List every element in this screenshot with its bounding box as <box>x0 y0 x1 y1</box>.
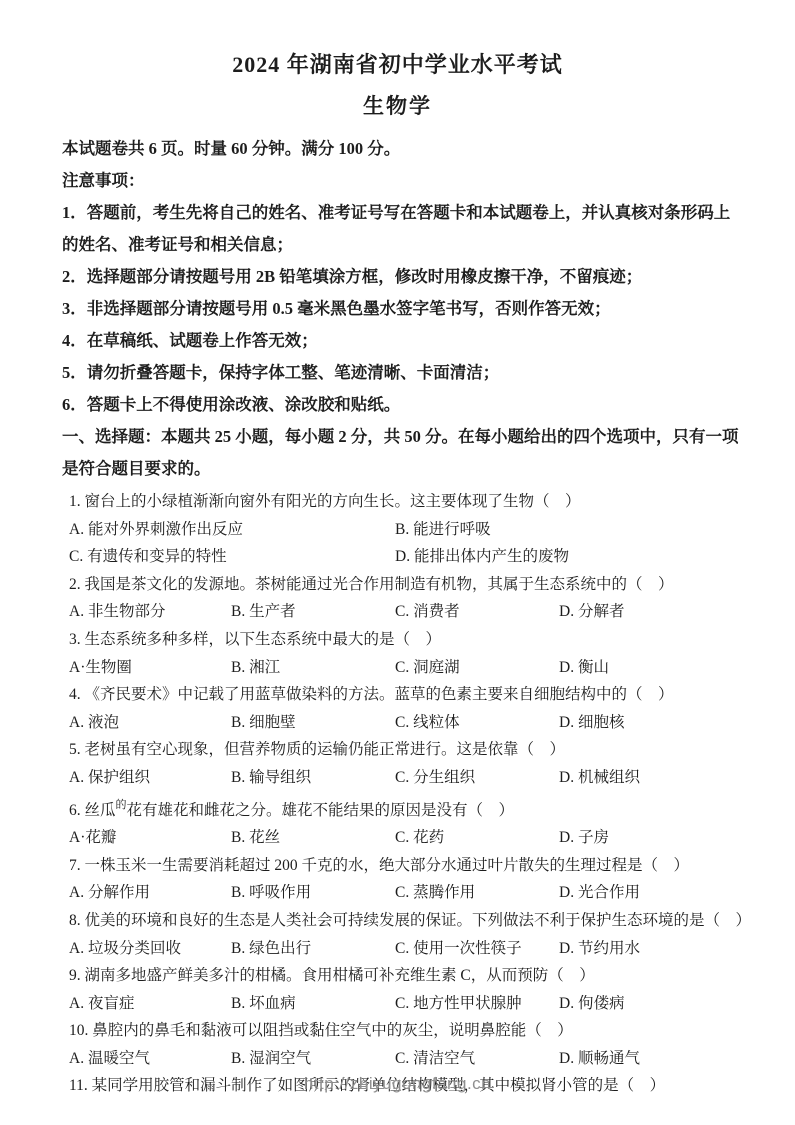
options: A·生物圈B. 湘江C. 洞庭湖D. 衡山 <box>69 654 787 682</box>
question-text: 10. 鼻腔内的鼻毛和黏液可以阻挡或黏住空气中的灰尘，说明鼻腔能（ ） <box>69 1017 787 1045</box>
option: A. 分解作用 <box>69 879 231 907</box>
questions: 1. 窗台上的小绿植渐渐向窗外有阳光的方向生长。这主要体现了生物（ ） A. 能… <box>69 488 787 1100</box>
option: B. 绿色出行 <box>231 935 395 963</box>
option: D. 佝偻病 <box>559 990 787 1018</box>
options: A. 保护组织B. 输导组织C. 分生组织D. 机械组织 <box>69 764 787 792</box>
option: B. 湘江 <box>231 654 395 682</box>
option: A. 液泡 <box>69 709 231 737</box>
question-text: 2. 我国是茶文化的发源地。茶树能通过光合作用制造有机物，其属于生态系统中的（ … <box>69 571 787 599</box>
option: C. 清洁空气 <box>395 1045 559 1073</box>
option: A. 保护组织 <box>69 764 231 792</box>
exam-page: 2024 年湖南省初中学业水平考试 生物学 本试题卷共 6 页。时量 60 分钟… <box>0 0 795 1125</box>
question-text: 1. 窗台上的小绿植渐渐向窗外有阳光的方向生长。这主要体现了生物（ ） <box>69 488 787 516</box>
option: D. 细胞核 <box>559 709 787 737</box>
question-text: 7. 一株玉米一生需要消耗超过 200 千克的水，绝大部分水通过叶片散失的生理过… <box>69 852 787 880</box>
option: C. 花药 <box>395 824 559 852</box>
option: B. 花丝 <box>231 824 395 852</box>
superscript-char: 的 <box>116 799 127 811</box>
notice-item: 2．选择题部分请按题号用 2B 铅笔填涂方框，修改时用橡皮擦干净，不留痕迹； <box>62 261 741 293</box>
question-block: 9. 湖南多地盛产鲜美多汁的柑橘。食用柑橘可补充维生素 C，从而预防（ ） A.… <box>69 962 787 1017</box>
option: B. 输导组织 <box>231 764 395 792</box>
option: D. 衡山 <box>559 654 787 682</box>
option: A. 温暖空气 <box>69 1045 231 1073</box>
option: D. 光合作用 <box>559 879 787 907</box>
question-block: 4. 《齐民要术》中记载了用蓝草做染料的方法。蓝草的色素主要来自细胞结构中的（ … <box>69 681 787 736</box>
option: C. 洞庭湖 <box>395 654 559 682</box>
question-block: 5. 老树虽有空心现象，但营养物质的运输仍能正常进行。这是依靠（ ） A. 保护… <box>69 736 787 791</box>
notice-item: 6．答题卡上不得使用涂改液、涂改胶和贴纸。 <box>62 389 741 421</box>
option: D. 分解者 <box>559 598 787 626</box>
options: A. 垃圾分类回收B. 绿色出行C. 使用一次性筷子D. 节约用水 <box>69 935 787 963</box>
question-text-part: 6. 丝瓜 <box>69 802 116 819</box>
front-matter: 本试题卷共 6 页。时量 60 分钟。满分 100 分。 注意事项： 1．答题前… <box>0 133 795 485</box>
question-block: 6. 丝瓜的花有雄花和雌花之分。雄花不能结果的原因是没有（ ） A·花瓣B. 花… <box>69 792 787 852</box>
option: C. 分生组织 <box>395 764 559 792</box>
question-block: 1. 窗台上的小绿植渐渐向窗外有阳光的方向生长。这主要体现了生物（ ） A. 能… <box>69 488 787 571</box>
question-text: 3. 生态系统多种多样，以下生态系统中最大的是（ ） <box>69 626 787 654</box>
options: A·花瓣B. 花丝C. 花药D. 子房 <box>69 824 787 852</box>
options: A. 非生物部分B. 生产者C. 消费者D. 分解者 <box>69 598 787 626</box>
notice-item: 3．非选择题部分请按题号用 0.5 毫米黑色墨水签字笔书写，否则作答无效； <box>62 293 741 325</box>
option: D. 能排出体内产生的废物 <box>395 543 787 571</box>
notice-item: 5．请勿折叠答题卡，保持字体工整、笔迹清晰、卡面清洁； <box>62 357 741 389</box>
option: D. 子房 <box>559 824 787 852</box>
question-text: 8. 优美的环境和良好的生态是人类社会可持续发展的保证。下列做法不利于保护生态环… <box>69 907 787 935</box>
section-header: 一、选择题：本题共 25 小题，每小题 2 分，共 50 分。在每小题给出的四个… <box>62 421 741 485</box>
option: A. 能对外界刺激作出反应 <box>69 516 395 544</box>
option: B. 湿润空气 <box>231 1045 395 1073</box>
question-text: 4. 《齐民要术》中记载了用蓝草做染料的方法。蓝草的色素主要来自细胞结构中的（ … <box>69 681 787 709</box>
question-text-part: 花有雄花和雌花之分。雄花不能结果的原因是没有（ ） <box>127 802 515 819</box>
subject-title: 生物学 <box>0 92 795 120</box>
notice-heading: 注意事项： <box>62 165 741 197</box>
option: D. 顺畅通气 <box>559 1045 787 1073</box>
question-text: 6. 丝瓜的花有雄花和雌花之分。雄花不能结果的原因是没有（ ） <box>69 792 787 825</box>
option: B. 生产者 <box>231 598 395 626</box>
option: B. 呼吸作用 <box>231 879 395 907</box>
notice-item: 1．答题前，考生先将自己的姓名、准考证号写在答题卡和本试题卷上，并认真核对条形码… <box>62 197 741 261</box>
question-block: 2. 我国是茶文化的发源地。茶树能通过光合作用制造有机物，其属于生态系统中的（ … <box>69 571 787 626</box>
option: C. 线粒体 <box>395 709 559 737</box>
options: A. 夜盲症B. 坏血病C. 地方性甲状腺肿D. 佝偻病 <box>69 990 787 1018</box>
options: A. 分解作用B. 呼吸作用C. 蒸腾作用D. 光合作用 <box>69 879 787 907</box>
question-block: 3. 生态系统多种多样，以下生态系统中最大的是（ ） A·生物圈B. 湘江C. … <box>69 626 787 681</box>
notice-item: 4．在草稿纸、试题卷上作答无效； <box>62 325 741 357</box>
options: A. 液泡B. 细胞壁C. 线粒体D. 细胞核 <box>69 709 787 737</box>
option: C. 蒸腾作用 <box>395 879 559 907</box>
option: C. 地方性甲状腺肿 <box>395 990 559 1018</box>
option: D. 节约用水 <box>559 935 787 963</box>
question-text: 9. 湖南多地盛产鲜美多汁的柑橘。食用柑橘可补充维生素 C，从而预防（ ） <box>69 962 787 990</box>
page-title: 2024 年湖南省初中学业水平考试 <box>0 0 795 80</box>
question-block: 8. 优美的环境和良好的生态是人类社会可持续发展的保证。下列做法不利于保护生态环… <box>69 907 787 962</box>
option: C. 使用一次性筷子 <box>395 935 559 963</box>
options: A. 能对外界刺激作出反应B. 能进行呼吸C. 有遗传和变异的特性D. 能排出体… <box>69 516 787 571</box>
option: A·生物圈 <box>69 654 231 682</box>
option: D. 机械组织 <box>559 764 787 792</box>
option: B. 细胞壁 <box>231 709 395 737</box>
option: C. 有遗传和变异的特性 <box>69 543 395 571</box>
option: B. 坏血病 <box>231 990 395 1018</box>
option: A. 夜盲症 <box>69 990 231 1018</box>
watermark-url: http://zhiyugongfang.cn <box>0 1074 795 1094</box>
options: A. 温暖空气B. 湿润空气C. 清洁空气D. 顺畅通气 <box>69 1045 787 1073</box>
option: C. 消费者 <box>395 598 559 626</box>
option: B. 能进行呼吸 <box>395 516 787 544</box>
paper-meta: 本试题卷共 6 页。时量 60 分钟。满分 100 分。 <box>62 133 741 165</box>
question-block: 10. 鼻腔内的鼻毛和黏液可以阻挡或黏住空气中的灰尘，说明鼻腔能（ ） A. 温… <box>69 1017 787 1072</box>
question-block: 7. 一株玉米一生需要消耗超过 200 千克的水，绝大部分水通过叶片散失的生理过… <box>69 852 787 907</box>
option: A·花瓣 <box>69 824 231 852</box>
question-text: 5. 老树虽有空心现象，但营养物质的运输仍能正常进行。这是依靠（ ） <box>69 736 787 764</box>
option: A. 垃圾分类回收 <box>69 935 231 963</box>
option: A. 非生物部分 <box>69 598 231 626</box>
